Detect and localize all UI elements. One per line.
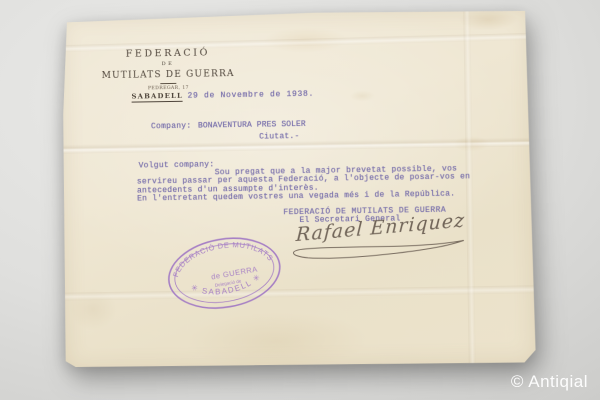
letterhead-org-line3: MUTILATS DE GUERRA: [101, 69, 235, 81]
rubber-stamp: FEDERACIÓ DE MUTILATS de GUERRA Delegaci…: [159, 224, 291, 321]
letterhead-city: SABADELL: [131, 92, 183, 103]
letterhead-org-line1: FEDERACIÓ: [101, 47, 235, 60]
addressee-city: Ciutat.-: [259, 132, 300, 142]
photo-scene: FEDERACIÓ DE MUTILATS DE GUERRA PEDREGAR…: [0, 0, 600, 400]
fold-crease-bottom: [65, 285, 535, 300]
addressee-label: Company:: [151, 122, 192, 132]
letterhead-org-line2: DE: [101, 60, 235, 68]
letterhead-rule: [160, 83, 176, 84]
copyright-watermark: © Antiqial: [511, 372, 588, 392]
letterhead: FEDERACIÓ DE MUTILATS DE GUERRA PEDREGAR…: [101, 47, 236, 92]
letter-body: Sou pregat que a la major brevetat possi…: [137, 165, 471, 203]
letter-date: 29 de Novembre de 1938.: [187, 90, 314, 101]
signature-flourish: [286, 235, 476, 266]
letter-document: FEDERACIÓ DE MUTILATS DE GUERRA PEDREGAR…: [60, 8, 536, 369]
addressee-name: BONAVENTURA PRES SOLER: [198, 120, 306, 131]
paper-sheet: FEDERACIÓ DE MUTILATS DE GUERRA PEDREGAR…: [60, 8, 536, 369]
